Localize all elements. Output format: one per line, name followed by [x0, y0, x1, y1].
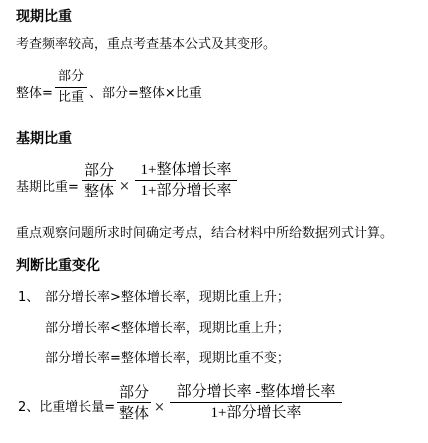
numerator: 部分增长率 -整体增长率 [170, 383, 342, 401]
list-item: 部分增长率=整体增长率，现期比重不变； [45, 351, 290, 367]
formula-lhs: 基期比重= [16, 180, 79, 196]
fraction-bar [82, 180, 116, 181]
numerator: 部分 [55, 68, 87, 86]
numerator: 部分 [82, 161, 116, 179]
fraction-part-over-whole: 部分 整体 [82, 161, 116, 200]
times-sign: × [154, 400, 165, 416]
fraction-growth-ratio: 1+整体增长率 1+部分增长率 [135, 161, 237, 200]
denominator: 比重 [55, 89, 87, 107]
numerator: 部分 [117, 383, 151, 401]
fraction-bar [135, 180, 237, 181]
current-description: 考查频率较高，重点考查基本公式及其变形。 [16, 37, 276, 53]
heading-judge-change: 判断比重变化 [16, 258, 100, 274]
fraction-bar [170, 402, 342, 403]
list-item: 部分增长率>整体增长率，现期比重上升； [45, 290, 290, 306]
fraction-growth-difference: 部分增长率 -整体增长率 1+部分增长率 [170, 383, 342, 422]
fraction-bar [55, 87, 87, 88]
formula-lhs: 2、比重增长量= [18, 400, 115, 416]
fraction-bar [117, 402, 151, 403]
times-sign: × [119, 179, 130, 195]
formula-lhs: 整体= [16, 86, 53, 102]
list-prefix: 1、 [18, 290, 39, 306]
fraction-part-over-proportion: 部分 比重 [55, 68, 87, 107]
heading-current-proportion: 现期比重 [16, 9, 72, 25]
denominator: 整体 [82, 182, 116, 200]
list-item: 部分增长率<整体增长率，现期比重上升； [45, 321, 290, 337]
numerator: 1+整体增长率 [135, 161, 237, 179]
denominator: 整体 [117, 404, 151, 422]
fraction-part-over-whole: 部分 整体 [117, 383, 151, 422]
formula-tail: 、部分=整体×比重 [89, 86, 202, 102]
denominator: 1+部分增长率 [170, 404, 342, 422]
denominator: 1+部分增长率 [135, 182, 237, 200]
base-note: 重点观察问题所求时间确定考点，结合材料中所给数据列式计算。 [16, 226, 393, 242]
heading-base-proportion: 基期比重 [16, 131, 72, 147]
